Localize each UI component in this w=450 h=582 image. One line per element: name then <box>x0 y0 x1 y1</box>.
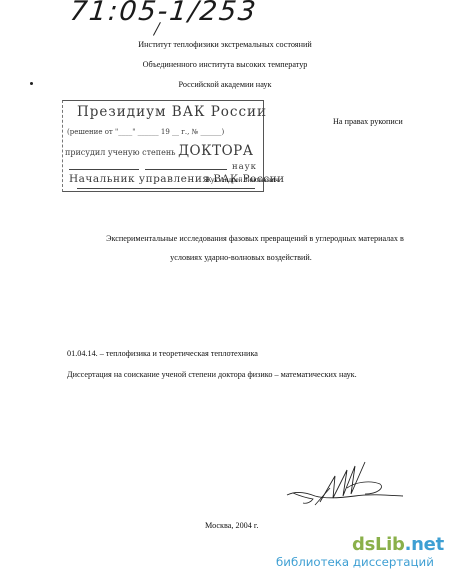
stamp-blank-1 <box>69 169 139 170</box>
logo-part-net: .net <box>405 534 444 555</box>
handwritten-archive-number: 71:05-1/253 <box>68 0 259 27</box>
manuscript-rights: На правах рукописи <box>333 117 403 126</box>
signature-icon <box>285 458 405 518</box>
author-name: Жук Андрей Зиновьевич <box>205 176 279 184</box>
specialty-code: 01.04.14. – теплофизика и теоретическая … <box>67 349 258 358</box>
dissertation-type: Диссертация на соискание ученой степени … <box>67 370 357 379</box>
institution-line-2: Объединенного института высоких температ… <box>0 60 450 69</box>
dissertation-title-line-2: условиях ударно-волновых воздействий. <box>16 253 450 262</box>
institution-line-1: Институт теплофизики экстремальных состо… <box>0 40 450 49</box>
city-year: Москва, 2004 г. <box>205 521 258 530</box>
dslib-logo[interactable]: dsLib.net <box>352 534 444 555</box>
stamp-degree: ДОКТОРА <box>178 143 253 159</box>
institution-line-3: Российской академии наук <box>0 80 450 89</box>
dslib-subtitle: библиотека диссертаций <box>276 555 434 569</box>
stamp-awarded-line: присудил ученую степень ДОКТОРА <box>65 143 253 159</box>
logo-part-ds: dsLib <box>352 534 405 555</box>
stamp-science-line: наук <box>65 160 261 172</box>
stamp-signature-line <box>77 188 255 189</box>
dissertation-title-line-1: Экспериментальные исследования фазовых п… <box>30 234 450 243</box>
stamp-blank-2 <box>145 169 227 170</box>
stamp-awarded-prefix: присудил ученую степень <box>65 148 176 157</box>
stamp-decision-line: (решение от "____" ______ 19 __ г., № __… <box>67 128 224 136</box>
stamp-science-suffix: наук <box>232 162 257 172</box>
stamp-title: Президиум ВАК России <box>77 104 267 120</box>
